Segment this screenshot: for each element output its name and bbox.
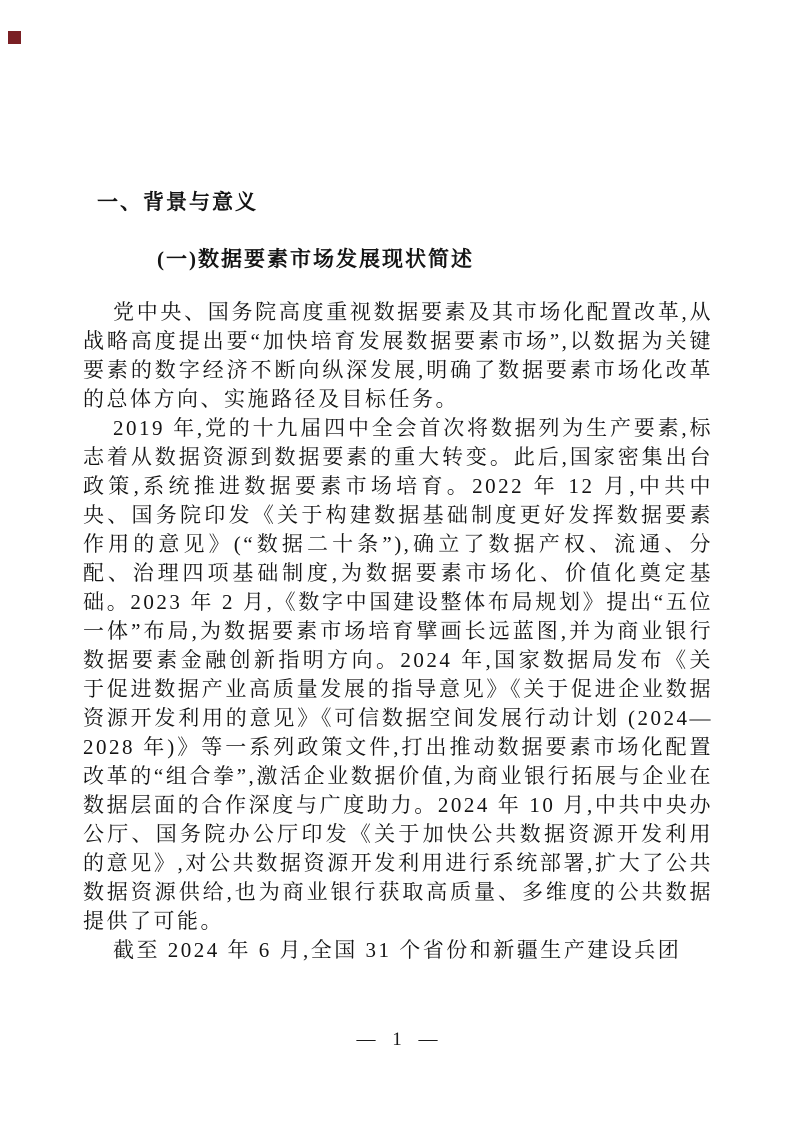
- paragraph-1: 党中央、国务院高度重视数据要素及其市场化配置改革,从战略高度提出要“加快培育发展…: [83, 298, 713, 414]
- subsection-heading: (一)数据要素市场发展现状简述: [157, 246, 713, 273]
- paragraph-3: 截至 2024 年 6 月,全国 31 个省份和新疆生产建设兵团: [83, 936, 713, 965]
- page: { "page": { "background": "#ffffff", "co…: [0, 0, 794, 1123]
- paragraph-2: 2019 年,党的十九届四中全会首次将数据列为生产要素,标志着从数据资源到数据要…: [83, 414, 713, 936]
- corner-mark: [8, 31, 21, 44]
- document-content: 一、背景与意义 (一)数据要素市场发展现状简述 党中央、国务院高度重视数据要素及…: [83, 0, 713, 965]
- page-number: — 1 —: [357, 1029, 440, 1050]
- page-footer: — 1 —: [83, 1029, 713, 1051]
- section-heading: 一、背景与意义: [97, 189, 713, 216]
